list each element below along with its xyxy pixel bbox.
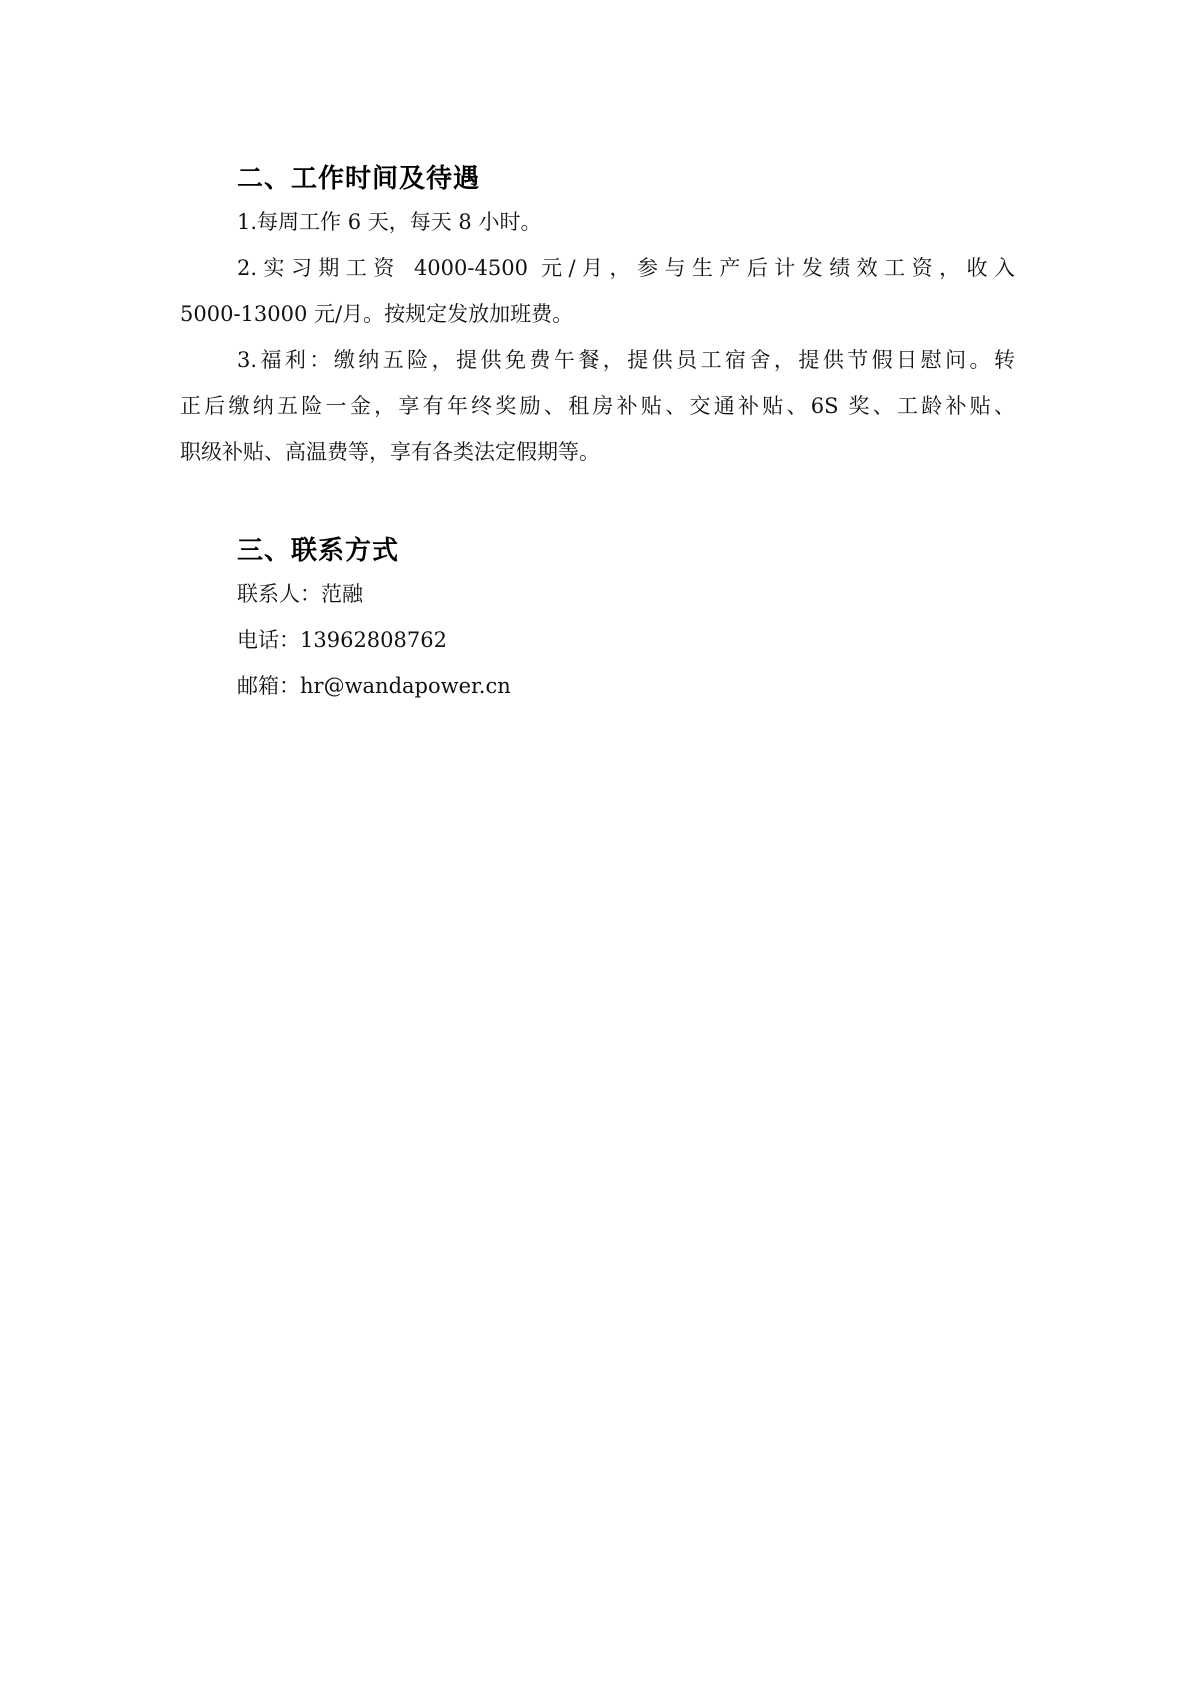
benefits-item-line-1: 3.福利：缴纳五险，提供免费午餐，提供员工宿舍，提供节假日慰问。转 [237,344,1015,374]
contact-email: 邮箱：hr@wandapower.cn [237,670,511,700]
document-page: 二、工作时间及待遇 1.每周工作 6 天，每天 8 小时。 2.实习期工资 40… [0,0,1191,1684]
section-heading-contact: 三、联系方式 [237,530,399,567]
contact-phone: 电话：13962808762 [237,624,447,654]
benefits-item-line-3: 职级补贴、高温费等，享有各类法定假期等。 [180,436,600,466]
salary-item-line-2: 5000-13000 元/月。按规定发放加班费。 [180,298,573,328]
salary-item-line-1: 2.实习期工资 4000-4500 元/月，参与生产后计发绩效工资，收入 [237,252,1015,282]
contact-person: 联系人：范融 [237,578,363,608]
benefits-item-line-2: 正后缴纳五险一金，享有年终奖励、租房补贴、交通补贴、6S 奖、工龄补贴、 [180,390,1015,420]
section-heading-work-hours-benefits: 二、工作时间及待遇 [237,158,480,195]
work-hours-item: 1.每周工作 6 天，每天 8 小时。 [237,206,541,236]
